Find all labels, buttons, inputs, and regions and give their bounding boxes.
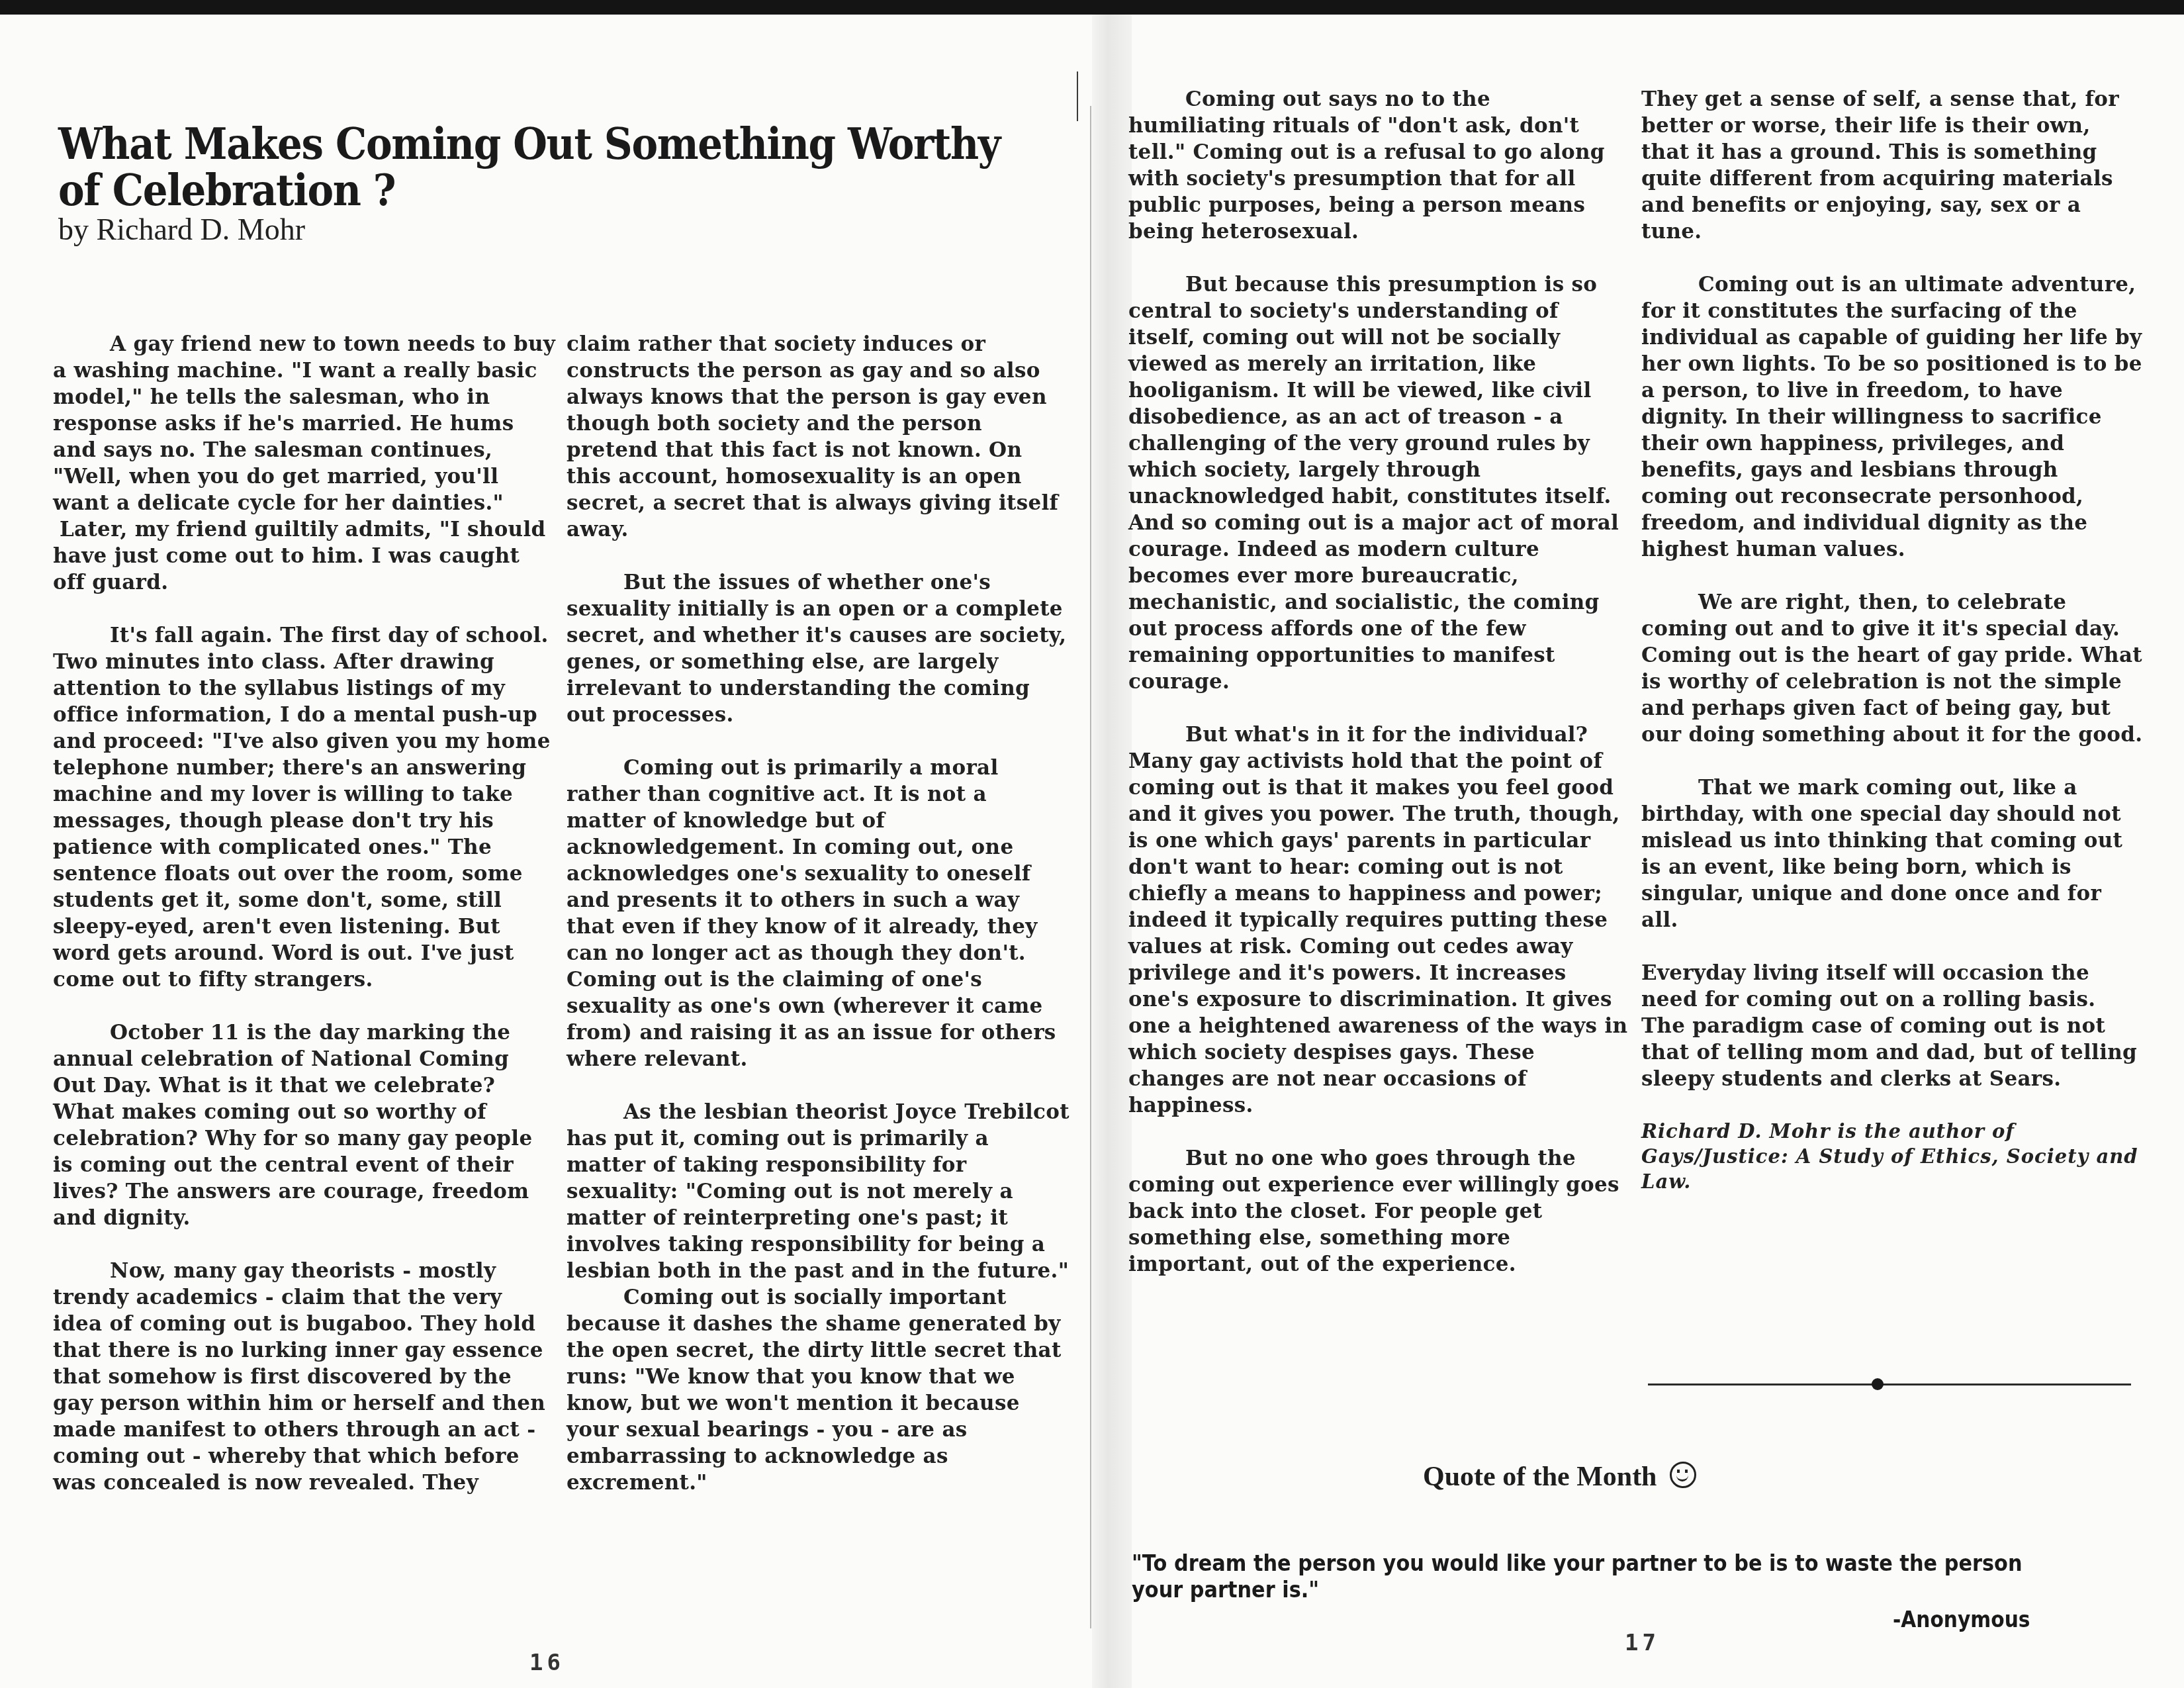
quote-heading-text: Quote of the Month [1423,1462,1657,1492]
paragraph: But what's in it for the individual? Man… [1128,722,1631,1119]
paragraph: It's fall again. The first day of school… [53,622,556,993]
quote-attribution: -Anonymous [1893,1607,2030,1632]
paragraph: We are right, then, to celebrate coming … [1641,589,2144,748]
page-number: 16 [529,1650,565,1676]
paragraph: Coming out is an ultimate adventure, for… [1641,271,2144,563]
paragraph: But the issues of whether one's sexualit… [567,569,1069,728]
paragraph: But no one who goes through the coming o… [1128,1145,1631,1278]
paragraph: Coming out is socially important because… [567,1284,1069,1496]
title-line-2: of Celebration ? [58,167,964,213]
paragraph: Now, many gay theorists - mostly trendy … [53,1258,556,1496]
title-line-1: What Makes Coming Out Something Worthy [58,120,964,167]
byline: by Richard D. Mohr [58,212,305,247]
paragraph: Coming out says no to the humiliating ri… [1128,86,1631,245]
paragraph: Later, my friend guiltily admits, "I sho… [53,516,556,596]
paragraph: They get a sense of self, a sense that, … [1641,86,2144,245]
column-4: They get a sense of self, a sense that, … [1641,86,2144,1221]
quote-of-month-heading: Quote of the Month [1423,1461,1696,1493]
paragraph: claim rather that society induces or con… [567,331,1069,543]
paragraph: A gay friend new to town needs to buy a … [53,331,556,516]
page-number: 17 [1625,1630,1660,1656]
smiley-face-icon [1670,1462,1696,1488]
article-title: What Makes Coming Out Something Worthy o… [58,120,964,213]
paragraph: But because this presumption is so centr… [1128,271,1631,695]
section-divider [1648,1383,2131,1385]
author-bio: Richard D. Mohr is the author of Gays/Ju… [1641,1119,2144,1194]
paragraph: October 11 is the day marking the annual… [53,1019,556,1231]
paragraph: Everyday living itself will occasion the… [1641,960,2144,1092]
right-page: Coming out says no to the humiliating ri… [1092,15,2184,1688]
column-1: A gay friend new to town needs to buy a … [53,331,556,1523]
column-3: Coming out says no to the humiliating ri… [1128,86,1631,1304]
scan-top-edge [0,0,2184,15]
divider-dot-icon [1872,1378,1884,1390]
quote-text: "To dream the person you would like your… [1132,1550,2045,1603]
paragraph: That we mark coming out, like a birthday… [1641,774,2144,933]
column-2: claim rather that society induces or con… [567,331,1069,1523]
paragraph: Coming out is primarily a moral rather t… [567,755,1069,1072]
paragraph: As the lesbian theorist Joyce Trebilcot … [567,1099,1069,1284]
left-page: What Makes Coming Out Something Worthy o… [0,15,1092,1688]
